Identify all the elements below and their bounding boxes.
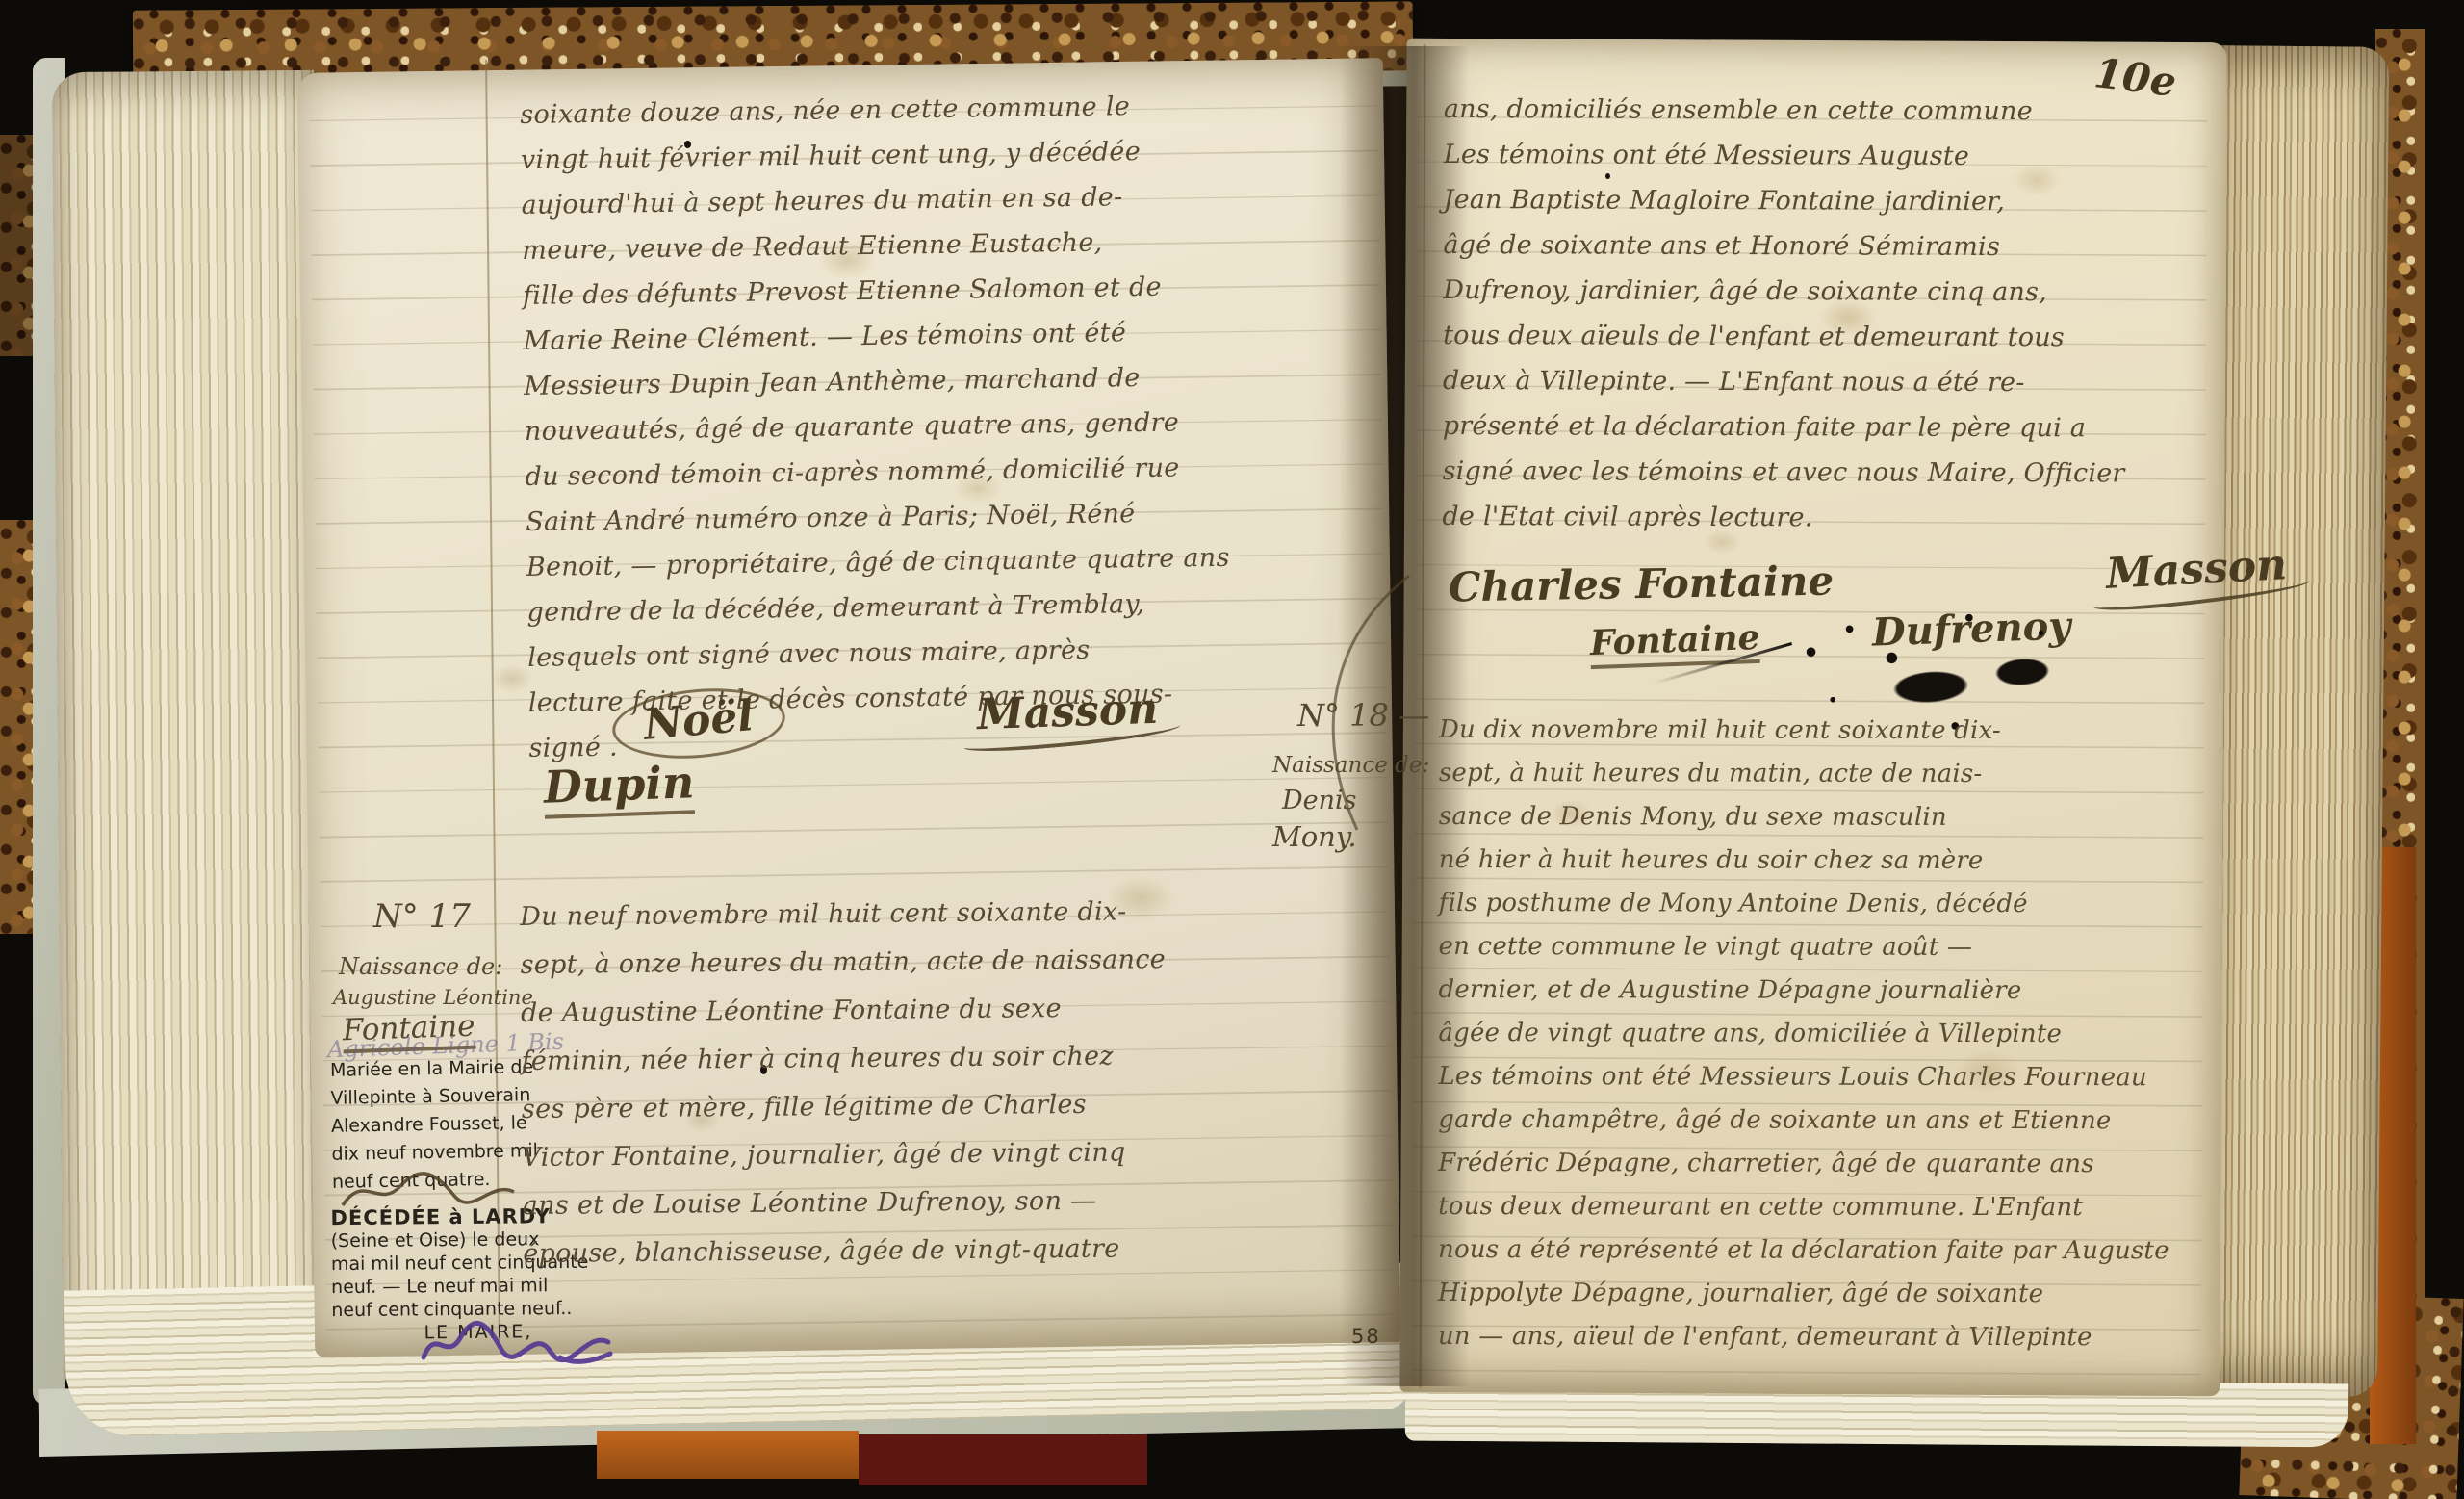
manuscript-line: de Augustine Léontine Fontaine du sexe: [521, 984, 1167, 1038]
manuscript-line: sance de Denis Mony, du sexe masculin: [1439, 795, 2170, 840]
record-18-given-name: Denis: [1282, 786, 1357, 815]
folio-annotation: 10e: [2092, 49, 2179, 106]
signature-masson-left: Masson: [976, 685, 1159, 740]
photographed-register-book: soixante douze ans, née en cette commune…: [0, 0, 2464, 1499]
manuscript-line: Frédéric Dépagne, charretier, âgé de qua…: [1438, 1142, 2169, 1186]
manuscript-line: Victor Fontaine, journalier, âgé de ving…: [522, 1128, 1168, 1182]
manuscript-line: garde champêtre, âgé de soixante un ans …: [1438, 1098, 2169, 1143]
cloth-strip-orange-bottom: [597, 1431, 859, 1479]
marriage-note-line: Mariée en la Mairie de: [330, 1053, 537, 1085]
manuscript-line: deux à Villepinte. — L'Enfant nous a été…: [1443, 358, 2125, 405]
cloth-strip-maroon-bottom: [859, 1434, 1147, 1485]
marriage-note-line: Villepinte à Souverain: [330, 1081, 537, 1113]
manuscript-line: sept, à huit heures du matin, acte de na…: [1439, 752, 2170, 796]
manuscript-line: Les témoins ont été Messieurs Louis Char…: [1438, 1055, 2169, 1099]
manuscript-line: un — ans, aïeul de l'enfant, demeurant à…: [1438, 1315, 2169, 1359]
manuscript-line: dernier, et de Augustine Dépagne journal…: [1438, 969, 2169, 1013]
margin-signature-purple: [416, 1302, 618, 1379]
manuscript-line: Du neuf novembre mil huit cent soixante …: [520, 888, 1166, 942]
manuscript-line: fils posthume de Mony Antoine Denis, déc…: [1439, 882, 2170, 926]
manuscript-line: Hippolyte Dépagne, journalier, âgé de so…: [1438, 1272, 2169, 1316]
manuscript-line: ans et de Louise Léontine Dufrenoy, son …: [523, 1176, 1168, 1230]
manuscript-line: ans, domiciliés ensemble en cette commun…: [1444, 87, 2126, 134]
manuscript-line: Les témoins ont été Messieurs Auguste: [1444, 132, 2126, 179]
marble-endpaper-left-upper: [0, 135, 35, 356]
record-18-number: N° 18 —: [1297, 697, 1429, 734]
record-18-caption: Naissance de:: [1272, 753, 1429, 778]
manuscript-line: Jean Baptiste Magloire Fontaine jardinie…: [1444, 177, 2126, 224]
record-17-number: N° 17: [373, 897, 471, 936]
manuscript-line: âgé de soixante ans et Honoré Sémiramis: [1443, 222, 2125, 270]
record-17-caption: Naissance de:: [339, 953, 502, 980]
signature-masson-right: Masson: [2105, 540, 2289, 599]
manuscript-line: tous deux aïeuls de l'enfant et demeuran…: [1443, 313, 2125, 360]
record-17-text: Du neuf novembre mil huit cent soixante …: [520, 888, 1168, 1279]
manuscript-line: tous deux demeurant en cette commune. L'…: [1438, 1185, 2169, 1229]
signature-noel-ellipse: Noël: [609, 682, 788, 764]
signature-dupin: Dupin: [544, 759, 694, 816]
manuscript-line: ses père et mère, fille légitime de Char…: [522, 1080, 1168, 1134]
signature-charles-fontaine: Charles Fontaine: [1449, 557, 1835, 611]
signature-noel: Noël: [612, 689, 785, 758]
record-17-given-names: Augustine Léontine: [333, 986, 533, 1009]
record-18-surname: Mony.: [1272, 820, 1357, 853]
record-18-text: Du dix novembre mil huit cent soixante d…: [1438, 709, 2170, 1359]
manuscript-line: né hier à huit heures du soir chez sa mè…: [1439, 839, 2170, 883]
manuscript-line: Du dix novembre mil huit cent soixante d…: [1439, 709, 2170, 753]
manuscript-line: signé avec les témoins et avec nous Mair…: [1443, 449, 2125, 496]
marriage-note-line: dix neuf novembre mil: [331, 1137, 538, 1169]
manuscript-line: en cette commune le vingt quatre août —: [1439, 925, 2170, 969]
manuscript-line: épouse, blanchisseuse, âgée de vingt-qua…: [523, 1225, 1168, 1279]
manuscript-line: féminin, née hier à cinq heures du soir …: [521, 1032, 1167, 1086]
marriage-note-line: Alexandre Fousset, le: [331, 1109, 538, 1141]
shadow-right-band: [2425, 0, 2464, 1499]
record-17-continuation-text: ans, domiciliés ensemble en cette commun…: [1442, 87, 2126, 541]
page-stack-left-edge: [52, 70, 325, 1393]
death-record-text: soixante douze ans, née en cette commune…: [520, 83, 1233, 771]
manuscript-line: présenté et la déclaration faite par le …: [1443, 403, 2125, 451]
page-stack-right-edge: [2200, 45, 2389, 1397]
page-number: 58: [1351, 1325, 1381, 1348]
manuscript-line: Dufrenoy, jardinier, âgé de soixante cin…: [1443, 268, 2125, 315]
manuscript-line: de l'Etat civil après lecture.: [1442, 494, 2124, 541]
manuscript-line: sept, à onze heures du matin, acte de na…: [520, 936, 1166, 990]
manuscript-line: nous a été représenté et la déclaration …: [1438, 1228, 2169, 1273]
manuscript-line: âgée de vingt quatre ans, domiciliée à V…: [1438, 1012, 2169, 1056]
